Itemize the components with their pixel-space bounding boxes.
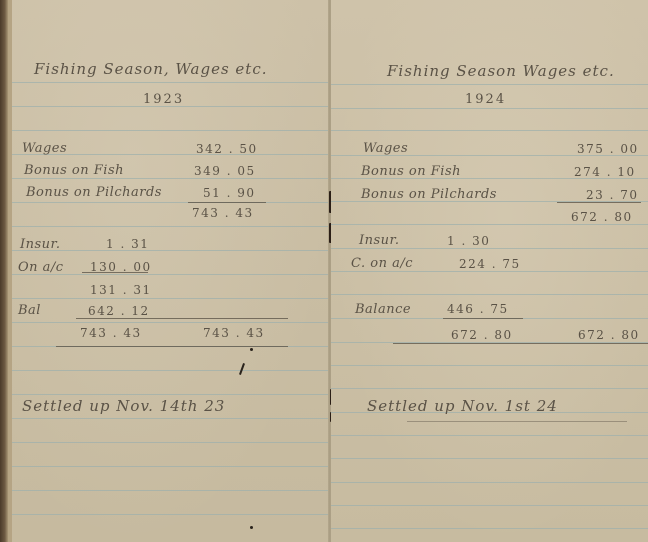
settled-note: Settled up Nov. 1st 24 <box>367 397 558 415</box>
ruled-line <box>331 505 648 506</box>
credits-total: 672 . 80 <box>571 210 633 224</box>
ruled-line <box>12 442 331 443</box>
debits-subtotal: 131 . 31 <box>90 283 152 297</box>
left-page-year: 1923 <box>143 92 184 107</box>
ruled-line <box>331 248 648 249</box>
ink-mark <box>250 348 253 351</box>
balance-label: Balance <box>355 302 411 317</box>
ruled-line <box>12 226 331 227</box>
ruled-line <box>331 482 648 483</box>
ruled-line <box>12 394 331 395</box>
ruled-line <box>331 458 648 459</box>
debit-amount: 1 . 31 <box>106 237 149 251</box>
debit-label: Insur. <box>359 233 399 248</box>
settled-underline <box>407 421 627 422</box>
credit-label: Wages <box>22 141 67 156</box>
ruled-line <box>12 466 331 467</box>
credit-amount: 274 . 10 <box>574 165 636 179</box>
right-page-title: Fishing Season Wages etc. <box>387 62 615 80</box>
debit-label: Insur. <box>20 237 60 252</box>
sum-underline <box>82 272 148 273</box>
ruled-line <box>12 514 331 515</box>
balance-amount: 446 . 75 <box>447 302 509 316</box>
ink-mark <box>239 363 245 375</box>
total-double-underline <box>56 346 288 347</box>
credit-amount: 349 . 05 <box>194 164 256 178</box>
ruled-line <box>12 202 331 203</box>
credit-amount: 23 . 70 <box>586 188 638 202</box>
ruled-line <box>12 370 331 371</box>
balance-label: Bal <box>18 303 41 318</box>
credits-total: 743 . 43 <box>192 206 254 220</box>
credit-amount: 375 . 00 <box>577 142 639 156</box>
ruled-line <box>331 435 648 436</box>
ruled-line <box>331 388 648 389</box>
ruled-line <box>331 108 648 109</box>
right-page-year: 1924 <box>465 92 506 107</box>
balance-amount: 642 . 12 <box>88 304 150 318</box>
ruled-line <box>331 130 648 131</box>
debit-amount: 1 . 30 <box>447 234 490 248</box>
credit-label: Bonus on Pilchards <box>361 187 497 202</box>
final-total-right: 672 . 80 <box>578 328 640 342</box>
final-total-left: 743 . 43 <box>80 326 142 340</box>
ruled-line <box>12 178 331 179</box>
ruled-line <box>331 365 648 366</box>
left-page-title: Fishing Season, Wages etc. <box>34 60 268 78</box>
ruled-line <box>331 294 648 295</box>
total-double-underline <box>393 343 648 344</box>
credit-amount: 51 . 90 <box>203 186 255 200</box>
debit-label: On a/c <box>18 260 64 275</box>
book-cover-edge <box>0 0 8 542</box>
credit-label: Bonus on Fish <box>361 164 461 179</box>
ruled-line <box>331 84 648 85</box>
ink-mark <box>250 526 253 529</box>
ruled-line <box>12 418 331 419</box>
final-total-left: 672 . 80 <box>451 328 513 342</box>
ledger-spread: Fishing Season, Wages etc. 1923 Wages 34… <box>0 0 648 542</box>
debit-label: C. on a/c <box>351 256 413 271</box>
ruled-line <box>331 271 648 272</box>
settled-note: Settled up Nov. 14th 23 <box>22 397 225 415</box>
credit-label: Bonus on Fish <box>24 163 124 178</box>
ruled-line <box>12 130 331 131</box>
ruled-line <box>331 224 648 225</box>
sum-underline <box>188 202 266 203</box>
debit-amount: 224 . 75 <box>459 257 521 271</box>
ruled-line <box>12 490 331 491</box>
left-page: Fishing Season, Wages etc. 1923 Wages 34… <box>0 0 331 542</box>
credit-amount: 342 . 50 <box>196 142 258 156</box>
sum-underline <box>443 318 523 319</box>
sum-underline <box>76 318 288 319</box>
credit-label: Wages <box>363 141 408 156</box>
sum-underline <box>557 202 641 203</box>
ruled-line <box>12 298 331 299</box>
ruled-line <box>12 82 331 83</box>
right-page: Fishing Season Wages etc. 1924 Wages 375… <box>331 0 648 542</box>
ruled-line <box>12 322 331 323</box>
ruled-line <box>331 528 648 529</box>
credit-label: Bonus on Pilchards <box>26 185 162 200</box>
final-total-right: 743 . 43 <box>203 326 265 340</box>
